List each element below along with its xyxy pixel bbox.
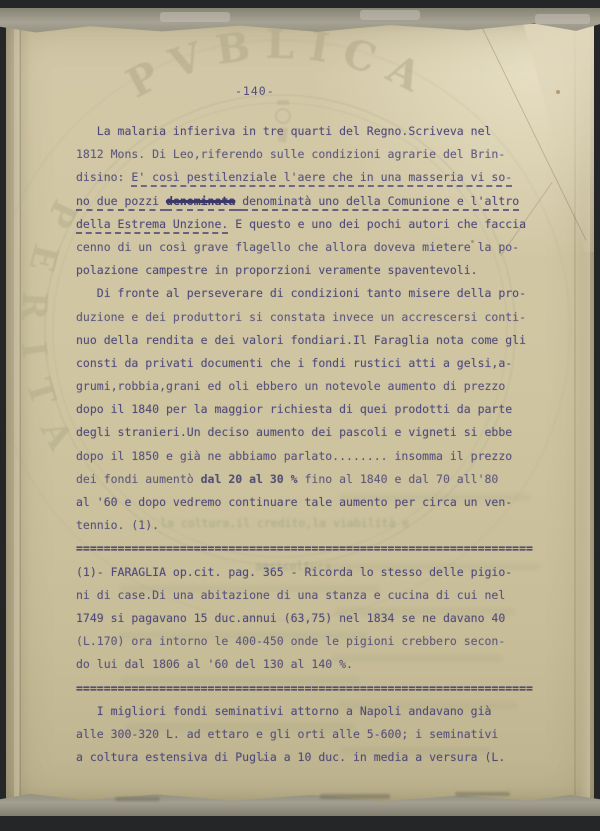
text-line: no due pozzi denominata denominatà uno d… — [76, 190, 556, 213]
text-line: ni di case.Di una abitazione di una stan… — [76, 584, 556, 607]
text-line: grumi,robbia,grani ed oli ebbero un note… — [76, 375, 556, 398]
typewritten-text: La malaria infieriva in tre quarti del R… — [76, 120, 556, 769]
tape-highlight — [360, 10, 420, 20]
photographed-document: PVBLICA PERITA la coltura,il credito,la … — [0, 0, 600, 831]
text-line: (L.170) ora intorno le 400-450 onde le p… — [76, 630, 556, 653]
text-line: polazione campestre in proporzioni veram… — [76, 259, 556, 282]
text-line: degli stranieri.Un deciso aumento dei pa… — [76, 421, 556, 444]
text-line: do lui dal 1806 al '60 del 130 al 140 %. — [76, 653, 556, 676]
page-number: -140- — [235, 84, 275, 98]
tape-highlight — [535, 14, 590, 24]
tape-highlight — [160, 12, 230, 22]
text-line: (1)- FARAGLIA op.cit. pag. 365 - Ricorda… — [76, 561, 556, 584]
bottom-edge-smudge — [115, 797, 160, 801]
text-line: della Estrema Unzione. E questo e uno de… — [76, 213, 556, 236]
stain-speck — [261, 758, 264, 761]
bottom-edge-smudge — [320, 794, 390, 799]
separator-line: ========================================… — [76, 537, 556, 560]
text-line: 1749 si pagavano 15 duc.annui (63,75) ne… — [76, 607, 556, 630]
text-line: nuo della rendita e dei valori fondiari.… — [76, 329, 556, 352]
document-page: PVBLICA PERITA la coltura,il credito,la … — [6, 24, 594, 808]
stain-speck — [471, 240, 474, 243]
text-line: a coltura estensiva di Puglia a 10 duc. … — [76, 746, 556, 769]
text-line: al '60 e dopo vedremo continuare tale au… — [76, 491, 556, 514]
text-line: dopo il 1840 per la maggior richiesta di… — [76, 398, 556, 421]
text-line: I migliori fondi seminativi attorno a Na… — [76, 700, 556, 723]
text-line: Di fronte al perseverare di condizioni t… — [76, 282, 556, 305]
text-line: disino: E' così pestilenziale l'aere che… — [76, 166, 556, 189]
text-line: dopo il 1850 e già ne abbiamo parlato...… — [76, 445, 556, 468]
text-line: dei fondi aumentò dal 20 al 30 % fino al… — [76, 468, 556, 491]
stain-speck — [556, 90, 560, 94]
text-line: consti da privati documenti che i fondi … — [76, 352, 556, 375]
bottom-edge-smudge — [455, 792, 510, 796]
text-line: cenno di un così grave flagello che allo… — [76, 236, 556, 259]
separator-line: ========================================… — [76, 677, 556, 700]
text-line: tennio. (1). — [76, 514, 556, 537]
text-line: La malaria infieriva in tre quarti del R… — [76, 120, 556, 143]
text-line: duzione e dei produttori si constata inv… — [76, 306, 556, 329]
text-line: alle 300-320 L. ad ettaro e gli orti all… — [76, 723, 556, 746]
text-line: 1812 Mons. Di Leo,riferendo sulle condiz… — [76, 143, 556, 166]
